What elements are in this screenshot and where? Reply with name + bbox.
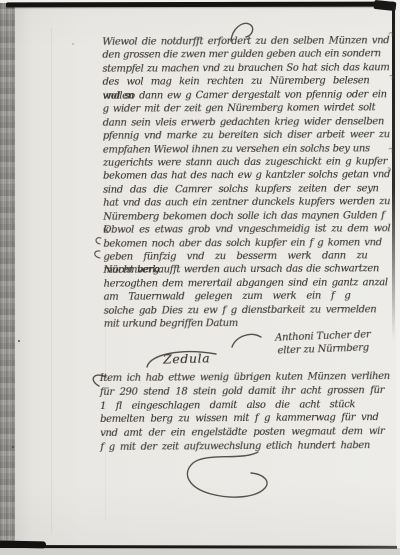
page-crease (51, 28, 52, 533)
handwriting-line: geben fünfzig vnd zu besserm werk dann z… (103, 249, 367, 264)
handwriting-line: bekomen das hat des nach ew g kantzler s… (103, 169, 390, 184)
handwriting-line: mit urkund begriffen Datum (104, 317, 282, 331)
handwriting-line: mocht verkaufft werden auch ursach das d… (103, 263, 379, 278)
handwriting-line: pfennig vnd marke zu bereiten sich diser… (103, 128, 390, 143)
handwriting-line: für 290 stend 18 stein gold damit ihr ac… (100, 384, 384, 400)
book-binding-edge (0, 3, 15, 545)
cedula-text-block: Item ich hab ettwe wenig übrigen kuten M… (100, 370, 391, 455)
book-top-edge (6, 2, 395, 8)
page-right-edge (392, 5, 395, 340)
handwriting-line: f g mit der zeit aufzuwechslung etlich h… (100, 439, 370, 455)
handwriting-line: sind das die Camrer solchs kupfers zeite… (103, 182, 379, 197)
main-text-block: Wiewol die notdurfft erfordert zu den se… (102, 34, 391, 331)
handwriting-line: des wol mag kein rechten zu Nüremberg be… (102, 75, 369, 90)
handwriting-line: Obwol es etwas grob vnd vngeschmeidig is… (103, 222, 390, 237)
handwriting-line: am Tauernwald gelegen zum werk ein f g (104, 290, 351, 305)
scan-bottom-margin (0, 548, 400, 555)
book-bottom-left-corner (0, 541, 46, 549)
handwriting-line: g wider mit der zeit gen Nüremberg komen… (103, 102, 376, 117)
handwriting-line: empfahen Wiewol ihnen zu versehen ein so… (103, 142, 370, 157)
signature-block: Anthoni Tucher der elter zu Nürmberg (252, 328, 395, 359)
handwriting-line: hat vnd das auch ein zentner dunckels ku… (103, 195, 390, 210)
cedula-heading: Zedula (163, 350, 211, 366)
handwriting-line: den grossen die zwen mer gulden geben au… (102, 48, 380, 63)
handwriting-line: solche gab Dies zu ew f g dienstbarkeit … (104, 303, 377, 318)
